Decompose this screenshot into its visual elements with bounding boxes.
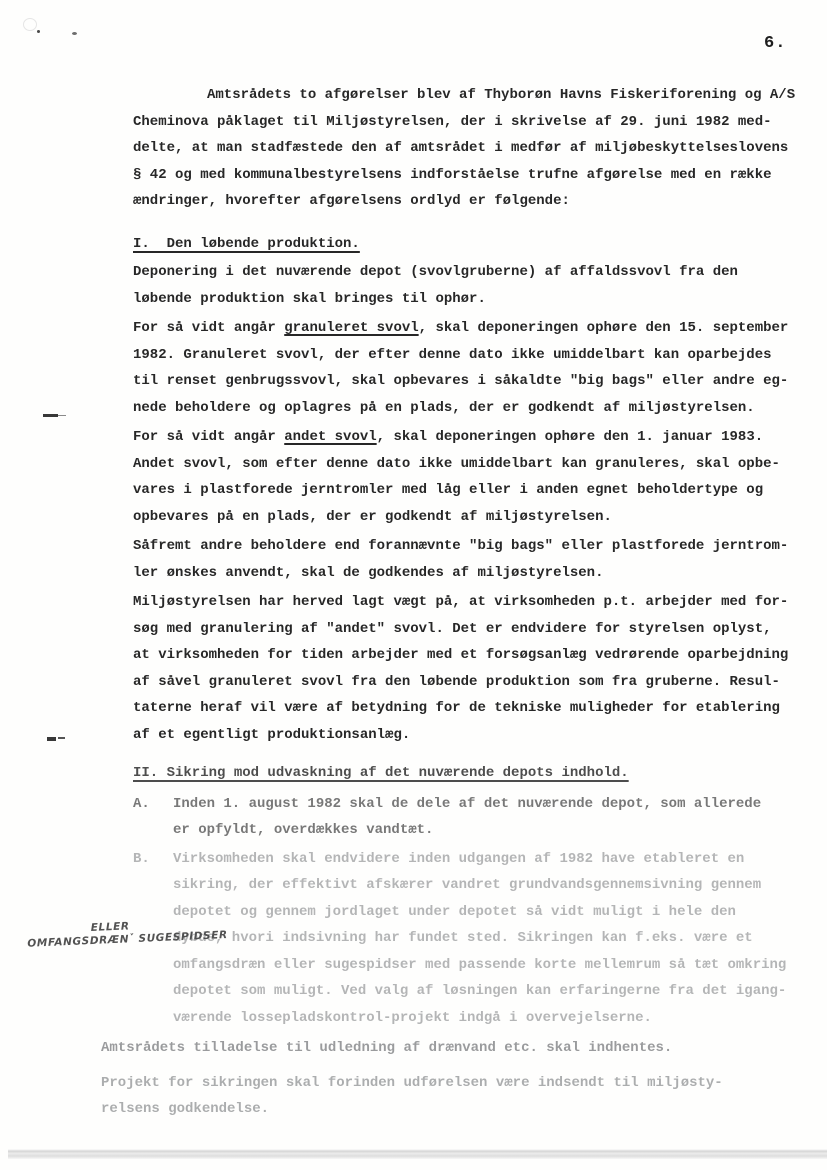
text-line: For så vidt angår granuleret svovl, skal… [133,315,813,342]
scan-smudge-mark [23,18,37,31]
text-segment: , skal deponeringen ophøre den 1. januar… [377,429,763,445]
text-line: ændringer, hvorefter afgørelsens ordlyd … [133,188,813,215]
text-line: Deponering i det nuværende depot (svovlg… [133,259,813,286]
list-item-a: A. Inden 1. august 1982 skal de dele af … [133,791,813,844]
text-line: Cheminova påklaget til Miljøstyrelsen, d… [133,109,813,136]
text-line: opbevares på en plads, der er godkendt a… [133,504,813,531]
text-line: For så vidt angår andet svovl, skal depo… [133,424,813,451]
margin-dash-mark [43,414,58,417]
text-line: løbende produktion skal bringes til ophø… [133,286,813,313]
text-line: nede beholdere og oplagres på en plads, … [133,395,813,422]
list-item-b: B. Virksomheden skal endvidere inden udg… [133,846,813,1032]
text-line: Såfremt andre beholdere end forannævnte … [133,533,813,560]
paragraph: Miljøstyrelsen har herved lagt vægt på, … [133,589,813,748]
text-line: 1982. Granuleret svovl, der efter denne … [133,342,813,369]
text-segment: For så vidt angår [133,429,284,445]
item-label: A. [133,791,173,844]
text-line: til renset genbrugssvovl, skal opbevares… [133,368,813,395]
text-line: vares i plastforede jerntromler med låg … [133,477,813,504]
section-1-heading: I. Den løbende produktion. [133,231,813,258]
text-line: Virksomheden skal endvidere inden udgang… [173,846,813,873]
text-line: af et egentligt produktionsanlæg. [133,722,813,749]
text-line: dybde, hvori indsivning har fundet sted.… [173,925,813,952]
text-line: § 42 og med kommunalbestyrelsens indfors… [133,162,813,189]
text-line: Amtsrådets tilladelse til udledning af d… [101,1035,813,1062]
text-line: sikring, der effektivt afskærer vandret … [173,872,813,899]
text-line: delte, at man stadfæstede den af amtsråd… [133,135,813,162]
text-line: taterne heraf vil være af betydning for … [133,695,813,722]
text-line: Projekt for sikringen skal forinden udfø… [101,1070,813,1097]
paragraph: Amtsrådets tilladelse til udledning af d… [101,1035,813,1062]
paragraph: Projekt for sikringen skal forinden udfø… [101,1070,813,1123]
text-line: relsens godkendelse. [101,1096,813,1123]
scanned-document-page: 6. ELLER OMFANGSDRÆN˅ SUGESPIDSER Amtsrå… [0,0,827,1170]
text-line: depotet og gennem jordlaget under depote… [173,899,813,926]
scan-speck [72,32,77,35]
item-text: Virksomheden skal endvidere inden udgang… [173,846,813,1032]
paragraph: Såfremt andre beholdere end forannævnte … [133,533,813,586]
item-label: B. [133,846,173,1032]
text-line: af såvel granuleret svovl fra den løbend… [133,669,813,696]
section-2-heading: II. Sikring mod udvaskning af det nuvære… [133,760,813,787]
handwritten-word: OMFANGSDRÆN [27,933,129,949]
item-text: Inden 1. august 1982 skal de dele af det… [173,791,813,844]
text-line: er opfyldt, overdækkes vandtæt. [173,817,813,844]
text-segment: For så vidt angår [133,320,284,336]
text-line: værende lossepladskontrol-projekt indgå … [173,1005,813,1032]
text-line: ler ønskes anvendt, skal de godkendes af… [133,560,813,587]
scan-edge-bar [8,1149,827,1159]
text-line: Miljøstyrelsen har herved lagt vægt på, … [133,589,813,616]
text-line: Andet svovl, som efter denne dato ikke u… [133,451,813,478]
underlined-term: granuleret svovl [284,320,418,336]
text-line: søg med granulering af "andet" svovl. De… [133,616,813,643]
page-number: 6. [764,34,786,53]
underlined-term: andet svovl [284,429,376,445]
document-body: Amtsrådets to afgørelser blev af Thyborø… [133,82,813,1123]
scan-speck [37,30,40,33]
text-line: at virksomheden for tiden arbejder med e… [133,642,813,669]
text-segment: , skal deponeringen ophøre den 15. septe… [419,320,789,336]
paragraph: Deponering i det nuværende depot (svovlg… [133,259,813,312]
margin-dash-mark [47,737,56,741]
paragraph: For så vidt angår granuleret svovl, skal… [133,315,813,421]
intro-paragraph: Amtsrådets to afgørelser blev af Thyborø… [133,82,813,215]
text-line: depotet som muligt. Ved valg af løsninge… [173,978,813,1005]
paragraph: For så vidt angår andet svovl, skal depo… [133,424,813,530]
text-line: omfangsdræn eller sugespidser med passen… [173,952,813,979]
text-line: Inden 1. august 1982 skal de dele af det… [173,791,813,818]
text-line: Amtsrådets to afgørelser blev af Thyborø… [133,82,813,109]
